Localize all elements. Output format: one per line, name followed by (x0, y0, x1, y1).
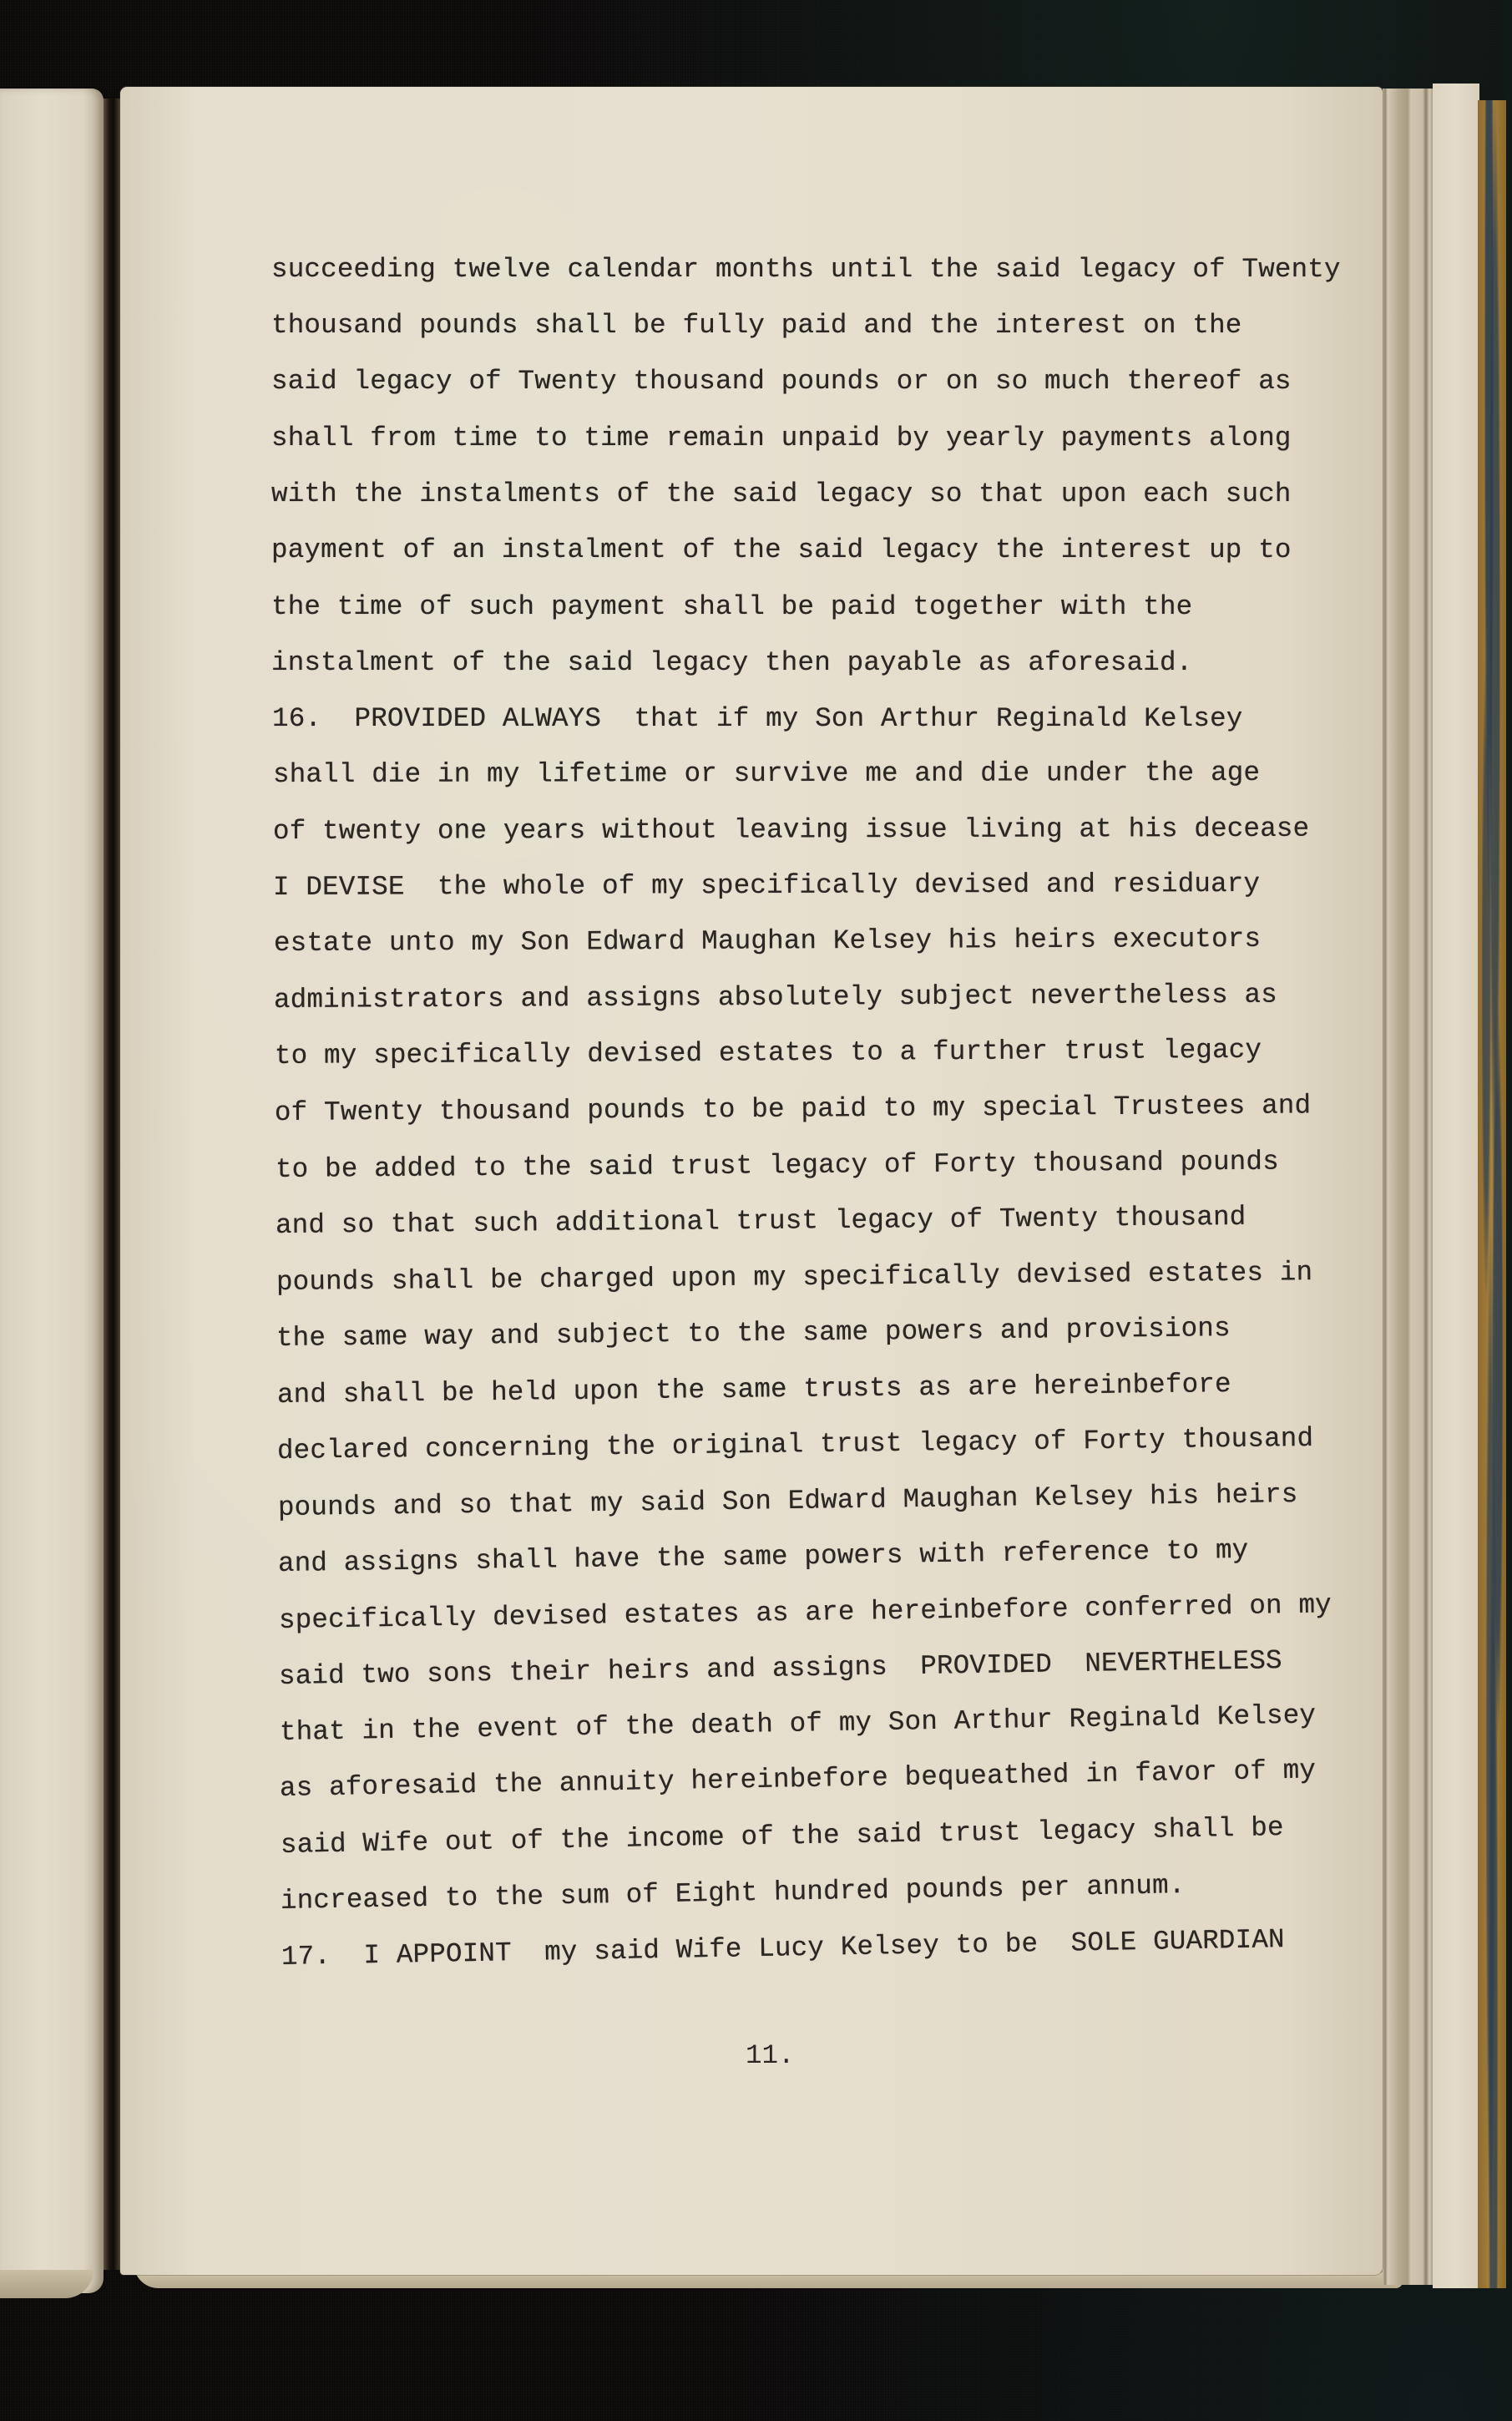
text-line: specifically devised estates as are here… (279, 1588, 1332, 1638)
text-line: shall die in my lifetime or survive me a… (273, 757, 1260, 792)
text-line: I DEVISE the whole of my specifically de… (273, 868, 1260, 904)
text-line: estate unto my Son Edward Maughan Kelsey… (274, 923, 1261, 960)
text-line: shall from time to time remain unpaid by… (271, 422, 1292, 455)
text-line: administrators and assigns absolutely su… (274, 979, 1277, 1017)
text-line: and assigns shall have the same powers w… (278, 1534, 1249, 1581)
text-line: increased to the sum of Eight hundred po… (281, 1869, 1186, 1918)
text-line: succeeding twelve calendar months until … (271, 253, 1341, 286)
text-line: to my specifically devised estates to a … (275, 1034, 1262, 1073)
clause-16-heading-line: 16. PROVIDED ALWAYS that if my Son Arthu… (272, 702, 1243, 736)
text-line: instalment of the said legacy then payab… (271, 646, 1192, 680)
text-line: and so that such additional trust legacy… (276, 1201, 1247, 1243)
text-line: that in the event of the death of my Son… (280, 1699, 1317, 1750)
text-line: pounds shall be charged upon my specific… (276, 1256, 1313, 1299)
typed-text-block: succeeding twelve calendar months until … (0, 0, 1512, 2421)
text-line: said two sons their heirs and assigns PR… (279, 1644, 1282, 1694)
text-line: the same way and subject to the same pow… (276, 1312, 1231, 1355)
text-line: said Wife out of the income of the said … (281, 1811, 1284, 1862)
text-line: said legacy of Twenty thousand pounds or… (271, 365, 1292, 398)
text-line: of twenty one years without leaving issu… (273, 813, 1309, 848)
clause-17-heading-line: 17. I APPOINT my said Wife Lucy Kelsey t… (281, 1923, 1285, 1974)
text-line: of Twenty thousand pounds to be paid to … (275, 1089, 1312, 1130)
text-line: with the instalments of the said legacy … (271, 478, 1292, 511)
text-line: as aforesaid the annuity hereinbefore be… (280, 1754, 1317, 1806)
text-line: the time of such payment shall be paid t… (271, 590, 1192, 624)
text-line: payment of an instalment of the said leg… (271, 534, 1292, 567)
text-line: declared concerning the original trust l… (277, 1422, 1314, 1468)
text-line: thousand pounds shall be fully paid and … (271, 309, 1242, 342)
text-line: pounds and so that my said Son Edward Ma… (278, 1478, 1298, 1525)
text-line: to be added to the said trust legacy of … (276, 1146, 1279, 1187)
page-number: 11. (746, 2039, 795, 2073)
text-line: and shall be held upon the same trusts a… (277, 1368, 1231, 1412)
